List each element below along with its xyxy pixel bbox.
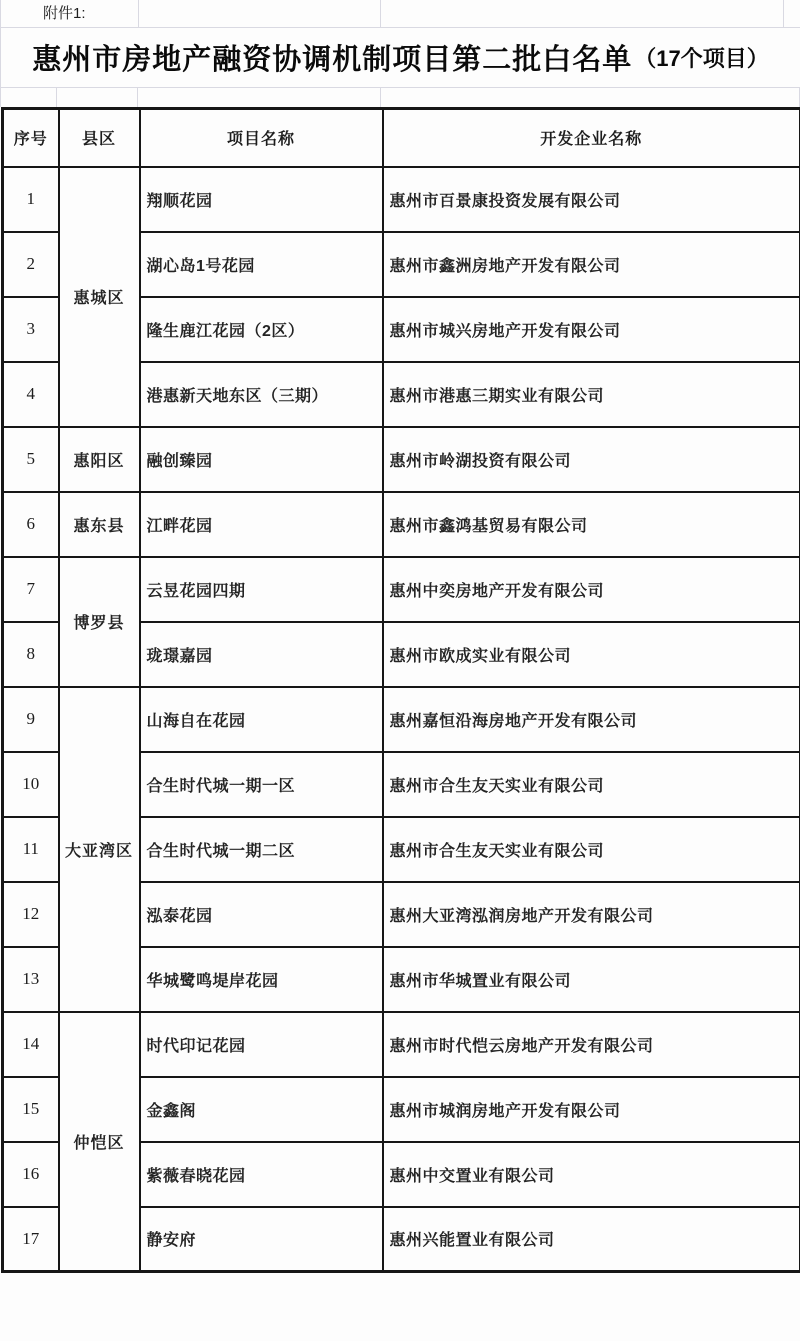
row-number-cell: 15 <box>3 1077 59 1142</box>
header-no: 序号 <box>3 109 59 167</box>
table-row: 7博罗县云昱花园四期惠州中奕房地产开发有限公司 <box>3 557 800 622</box>
project-name-cell: 金鑫阁 <box>140 1077 383 1142</box>
header-project: 项目名称 <box>140 109 383 167</box>
attachment-label: 附件1: <box>1 0 86 27</box>
project-name-cell: 山海自在花园 <box>140 687 383 752</box>
table-body: 1惠城区翔顺花园惠州市百景康投资发展有限公司2湖心岛1号花园惠州市鑫洲房地产开发… <box>3 167 800 1272</box>
row-number-cell: 6 <box>3 492 59 557</box>
developer-name-cell: 惠州市华城置业有限公司 <box>383 947 800 1012</box>
empty-grid-cell <box>784 0 800 27</box>
developer-name-cell: 惠州市城润房地产开发有限公司 <box>383 1077 800 1142</box>
district-cell: 惠阳区 <box>59 427 140 492</box>
row-number-cell: 8 <box>3 622 59 687</box>
project-name-cell: 云昱花园四期 <box>140 557 383 622</box>
developer-name-cell: 惠州中交置业有限公司 <box>383 1142 800 1207</box>
empty-grid-cell <box>381 88 800 107</box>
page-title: 惠州市房地产融资协调机制项目第二批白名单 <box>32 37 632 78</box>
row-number-cell: 12 <box>3 882 59 947</box>
header-district: 县区 <box>59 109 140 167</box>
project-name-cell: 翔顺花园 <box>140 167 383 232</box>
attachment-row: 附件1: <box>0 0 800 28</box>
project-name-cell: 泓泰花园 <box>140 882 383 947</box>
project-name-cell: 港惠新天地东区（三期） <box>140 362 383 427</box>
project-name-cell: 合生时代城一期二区 <box>140 817 383 882</box>
project-name-cell: 隆生鹿江花园（2区） <box>140 297 383 362</box>
row-number-cell: 1 <box>3 167 59 232</box>
row-number-cell: 17 <box>3 1207 59 1272</box>
developer-name-cell: 惠州嘉恒沿海房地产开发有限公司 <box>383 687 800 752</box>
empty-grid-cell <box>138 88 381 107</box>
table-row: 14仲恺区时代印记花园惠州市时代恺云房地产开发有限公司 <box>3 1012 800 1077</box>
developer-name-cell: 惠州大亚湾泓润房地产开发有限公司 <box>383 882 800 947</box>
developer-name-cell: 惠州市岭湖投资有限公司 <box>383 427 800 492</box>
developer-name-cell: 惠州市时代恺云房地产开发有限公司 <box>383 1012 800 1077</box>
row-number-cell: 14 <box>3 1012 59 1077</box>
page-title-suffix: （17个项目） <box>634 42 768 73</box>
developer-name-cell: 惠州市合生友天实业有限公司 <box>383 752 800 817</box>
district-cell: 惠城区 <box>59 167 140 427</box>
project-name-cell: 江畔花园 <box>140 492 383 557</box>
row-number-cell: 16 <box>3 1142 59 1207</box>
row-number-cell: 7 <box>3 557 59 622</box>
project-name-cell: 时代印记花园 <box>140 1012 383 1077</box>
project-name-cell: 珑璟嘉园 <box>140 622 383 687</box>
attachment-cell: 附件1: <box>1 0 139 27</box>
header-developer: 开发企业名称 <box>383 109 800 167</box>
empty-grid-cell <box>139 0 381 27</box>
district-cell: 惠东县 <box>59 492 140 557</box>
header-row: 序号 县区 项目名称 开发企业名称 <box>3 109 800 167</box>
district-cell: 博罗县 <box>59 557 140 687</box>
spacer-row <box>0 88 800 107</box>
developer-name-cell: 惠州兴能置业有限公司 <box>383 1207 800 1272</box>
district-cell: 大亚湾区 <box>59 687 140 1012</box>
row-number-cell: 9 <box>3 687 59 752</box>
developer-name-cell: 惠州市港惠三期实业有限公司 <box>383 362 800 427</box>
developer-name-cell: 惠州市百景康投资发展有限公司 <box>383 167 800 232</box>
row-number-cell: 11 <box>3 817 59 882</box>
row-number-cell: 2 <box>3 232 59 297</box>
developer-name-cell: 惠州市鑫洲房地产开发有限公司 <box>383 232 800 297</box>
project-name-cell: 紫薇春晓花园 <box>140 1142 383 1207</box>
table-row: 1惠城区翔顺花园惠州市百景康投资发展有限公司 <box>3 167 800 232</box>
title-row: 惠州市房地产融资协调机制项目第二批白名单（17个项目） <box>0 28 800 88</box>
developer-name-cell: 惠州市鑫鸿基贸易有限公司 <box>383 492 800 557</box>
row-number-cell: 10 <box>3 752 59 817</box>
empty-grid-cell <box>57 88 138 107</box>
developer-name-cell: 惠州中奕房地产开发有限公司 <box>383 557 800 622</box>
project-name-cell: 湖心岛1号花园 <box>140 232 383 297</box>
row-number-cell: 5 <box>3 427 59 492</box>
project-name-cell: 融创臻园 <box>140 427 383 492</box>
project-name-cell: 静安府 <box>140 1207 383 1272</box>
project-name-cell: 华城鹭鸣堤岸花园 <box>140 947 383 1012</box>
empty-grid-cell <box>1 88 57 107</box>
document-page: 附件1: 惠州市房地产融资协调机制项目第二批白名单（17个项目） 序号 县区 项… <box>0 0 800 1341</box>
row-number-cell: 4 <box>3 362 59 427</box>
developer-name-cell: 惠州市城兴房地产开发有限公司 <box>383 297 800 362</box>
row-number-cell: 13 <box>3 947 59 1012</box>
project-name-cell: 合生时代城一期一区 <box>140 752 383 817</box>
developer-name-cell: 惠州市欧成实业有限公司 <box>383 622 800 687</box>
row-number-cell: 3 <box>3 297 59 362</box>
table-row: 9大亚湾区山海自在花园惠州嘉恒沿海房地产开发有限公司 <box>3 687 800 752</box>
table-row: 5惠阳区融创臻园惠州市岭湖投资有限公司 <box>3 427 800 492</box>
whitelist-table: 序号 县区 项目名称 开发企业名称 1惠城区翔顺花园惠州市百景康投资发展有限公司… <box>1 107 800 1273</box>
table-row: 6惠东县江畔花园惠州市鑫鸿基贸易有限公司 <box>3 492 800 557</box>
district-cell: 仲恺区 <box>59 1012 140 1272</box>
developer-name-cell: 惠州市合生友天实业有限公司 <box>383 817 800 882</box>
empty-grid-cell <box>381 0 784 27</box>
